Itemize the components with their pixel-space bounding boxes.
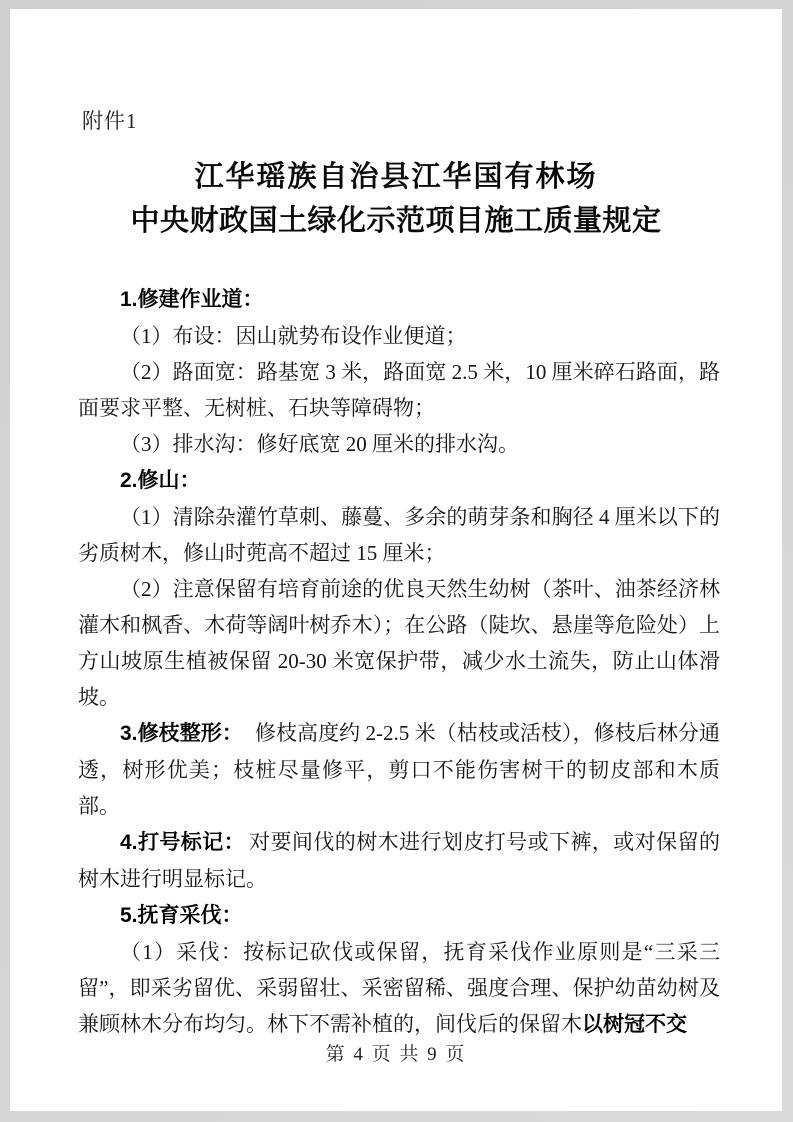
section-1-item-2: （2）路面宽：路基宽 3 米，路面宽 2.5 米，10 厘米碎石路面，路面要求平… — [78, 354, 720, 426]
document-page: 附件1 江华瑶族自治县江华国有林场 中央财政国土绿化示范项目施工质量规定 1.修… — [10, 9, 782, 1111]
section-4-paragraph: 4.打号标记：对要间伐的树木进行划皮打号或下裤，或对保留的树木进行明显标记。 — [78, 824, 720, 897]
section-4-heading: 4.打号标记： — [120, 831, 245, 854]
section-1-heading: 1.修建作业道： — [78, 281, 720, 318]
page-number: 第 4 页 共 9 页 — [10, 1039, 782, 1066]
section-5-item-1-bold: 以树冠不交 — [582, 1013, 687, 1036]
section-2-item-1: （1）清除杂灌竹草刺、藤蔓、多余的萌芽条和胸径 4 厘米以下的劣质树木，修山时蔸… — [78, 499, 720, 571]
scanned-page-background: 附件1 江华瑶族自治县江华国有林场 中央财政国土绿化示范项目施工质量规定 1.修… — [0, 0, 793, 1122]
title-line-1: 江华瑶族自治县江华国有林场 — [10, 155, 782, 199]
section-3-paragraph: 3.修枝整形：修枝高度约 2-2.5 米（枯枝或活枝），修枝后林分通透，树形优美… — [78, 715, 720, 824]
section-5-item-1: （1）采伐：按标记砍伐或保留，抚育采伐作业原则是“三采三留”，即采劣留优、采弱留… — [78, 934, 720, 1043]
section-1-item-1: （1）布设：因山就势布设作业便道； — [78, 318, 720, 354]
section-3-heading: 3.修枝整形： — [120, 722, 243, 745]
section-2-heading: 2.修山： — [78, 462, 720, 499]
attachment-label: 附件1 — [82, 105, 138, 135]
document-title: 江华瑶族自治县江华国有林场 中央财政国土绿化示范项目施工质量规定 — [10, 155, 782, 244]
title-line-2: 中央财政国土绿化示范项目施工质量规定 — [10, 199, 782, 244]
section-2-item-2: （2）注意保留有培育前途的优良天然生幼树（茶叶、油茶经济林灌木和枫香、木荷等阔叶… — [78, 571, 720, 715]
section-5-heading: 5.抚育采伐： — [78, 897, 720, 934]
document-body: 1.修建作业道： （1）布设：因山就势布设作业便道； （2）路面宽：路基宽 3 … — [78, 281, 720, 1043]
section-1-item-3: （3）排水沟：修好底宽 20 厘米的排水沟。 — [78, 426, 720, 462]
